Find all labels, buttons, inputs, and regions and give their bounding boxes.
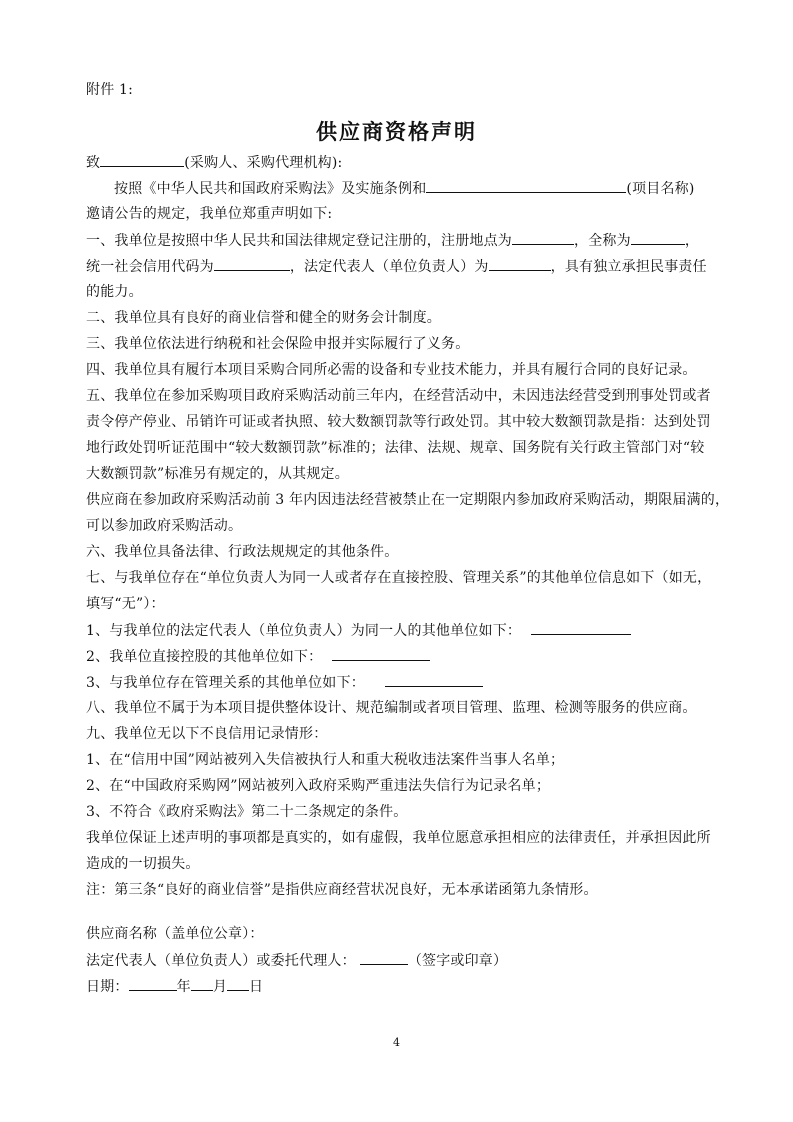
item-2: 二、我单位具有良好的商业信誉和健全的财务会计制度。 <box>86 308 441 328</box>
item-8: 八、我单位不属于为本项目提供整体设计、规范编制或者项目管理、监理、检测等服务的供… <box>86 698 697 718</box>
representative-signature-blank[interactable] <box>360 950 408 965</box>
month-label: 月 <box>213 979 227 995</box>
year-blank[interactable] <box>129 976 177 991</box>
item-9-sub-2: 2、在“中国政府采购网”网站被列入政府采购严重违法失信行为记录名单； <box>86 776 550 796</box>
item-5-note-line-2: 可以参加政府采购活动。 <box>86 516 242 536</box>
guarantee-line-2: 造成的一切损失。 <box>86 854 200 874</box>
item-1-text-c: ， <box>685 233 699 249</box>
representative-suffix: （签字或印章） <box>408 953 507 969</box>
date-line: 日期：年月日 <box>86 976 263 997</box>
controlled-units-blank[interactable] <box>332 646 430 661</box>
item-3: 三、我单位依法进行纳税和社会保险申报并实际履行了义务。 <box>86 334 469 354</box>
guarantee-line-1: 我单位保证上述声明的事项都是真实的，如有虚假，我单位愿意承担相应的法律责任，并承… <box>86 828 711 848</box>
month-blank[interactable] <box>191 976 213 991</box>
managed-units-blank[interactable] <box>385 672 483 687</box>
item-7-sub-2: 2、我单位直接控股的其他单位如下： <box>86 646 430 667</box>
same-rep-units-blank[interactable] <box>531 620 631 635</box>
page-number: 4 <box>0 1036 793 1049</box>
project-name-blank[interactable] <box>426 178 626 193</box>
item-5-line-4: 大数额罚款”标准另有规定的，从其规定。 <box>86 464 349 484</box>
note: 注：第三条“良好的商业信誉”是指供应商经营状况良好，无本承诺函第九条情形。 <box>86 880 598 900</box>
registration-place-blank[interactable] <box>512 230 574 245</box>
item-1-line-2: 统一社会信用代码为，法定代表人（单位负责人）为，具有独立承担民事责任 <box>86 256 707 277</box>
item-4: 四、我单位具有履行本项目采购合同所必需的设备和专业技术能力，并具有履行合同的良好… <box>86 360 697 380</box>
attachment-label: 附件 1: <box>86 80 133 100</box>
item-5-line-3: 地行政处罚听证范围中“较大数额罚款”标准的；法律、法规、规章、国务院有关行政主管… <box>86 438 704 458</box>
item-1-text-f: ，具有独立承担民事责任 <box>551 259 707 275</box>
legal-rep-blank[interactable] <box>489 256 551 271</box>
item-7-sub-1-text: 1、与我单位的法定代表人（单位负责人）为同一人的其他单位如下： <box>86 623 521 639</box>
credit-code-blank[interactable] <box>214 256 290 271</box>
item-1-line-3: 的能力。 <box>86 282 143 302</box>
document-title: 供应商资格声明 <box>0 116 793 146</box>
intro-text: 按照《中华人民共和国政府采购法》及实施条例和 <box>114 181 426 197</box>
intro-line-1: 按照《中华人民共和国政府采购法》及实施条例和(项目名称) <box>114 178 695 199</box>
addressee-suffix: (采购人、采购代理机构): <box>184 155 342 171</box>
item-6: 六、我单位具备法律、行政法规规定的其他条件。 <box>86 542 398 562</box>
item-1-text-e: ，法定代表人（单位负责人）为 <box>290 259 489 275</box>
item-7-line-1: 七、与我单位存在“单位负责人为同一人或者存在直接控股、管理关系”的其他单位信息如… <box>86 568 711 588</box>
item-1-text-d: 统一社会信用代码为 <box>86 259 214 275</box>
item-7-sub-3: 3、与我单位存在管理关系的其他单位如下： <box>86 672 483 693</box>
item-7-sub-1: 1、与我单位的法定代表人（单位负责人）为同一人的其他单位如下： <box>86 620 631 641</box>
item-5-line-2: 责令停产停业、吊销许可证或者执照、较大数额罚款等行政处罚。其中较大数额罚款是指：… <box>86 412 711 432</box>
representative-line: 法定代表人（单位负责人）或委托代理人：（签字或印章） <box>86 950 507 971</box>
item-1-text-a: 一、我单位是按照中华人民共和国法律规定登记注册的，注册地点为 <box>86 233 512 249</box>
item-7-line-2: 填写“无”）： <box>86 594 165 614</box>
project-name-label: (项目名称) <box>626 181 694 197</box>
representative-label: 法定代表人（单位负责人）或委托代理人： <box>86 953 356 969</box>
supplier-name-label: 供应商名称（盖单位公章）： <box>86 924 264 944</box>
day-label: 日 <box>249 979 263 995</box>
item-5-note-line-1: 供应商在参加政府采购活动前 3 年内因违法经营被禁止在一定期限内参加政府采购活动… <box>86 490 729 510</box>
item-9-heading: 九、我单位无以下不良信用记录情形： <box>86 724 327 744</box>
intro-line-2: 邀请公告的规定，我单位郑重声明如下: <box>86 204 332 224</box>
date-label: 日期： <box>86 979 129 995</box>
item-7-sub-2-text: 2、我单位直接控股的其他单位如下： <box>86 649 322 665</box>
day-blank[interactable] <box>227 976 249 991</box>
addressee-prefix: 致 <box>86 155 100 171</box>
item-9-sub-1: 1、在“信用中国”网站被列入失信被执行人和重大税收违法案件当事人名单； <box>86 750 564 770</box>
item-5-line-1: 五、我单位在参加采购项目政府采购活动前三年内，在经营活动中，未因违法经营受到刑事… <box>86 386 711 406</box>
item-1-line-1: 一、我单位是按照中华人民共和国法律规定登记注册的，注册地点为，全称为， <box>86 230 699 251</box>
full-name-blank[interactable] <box>631 230 685 245</box>
purchaser-blank[interactable] <box>100 152 184 167</box>
addressee-line: 致(采购人、采购代理机构): <box>86 152 342 173</box>
item-7-sub-3-text: 3、与我单位存在管理关系的其他单位如下： <box>86 675 365 691</box>
year-label: 年 <box>177 979 191 995</box>
item-9-sub-3: 3、不符合《政府采购法》第二十二条规定的条件。 <box>86 802 408 822</box>
item-1-text-b: ，全称为 <box>574 233 631 249</box>
